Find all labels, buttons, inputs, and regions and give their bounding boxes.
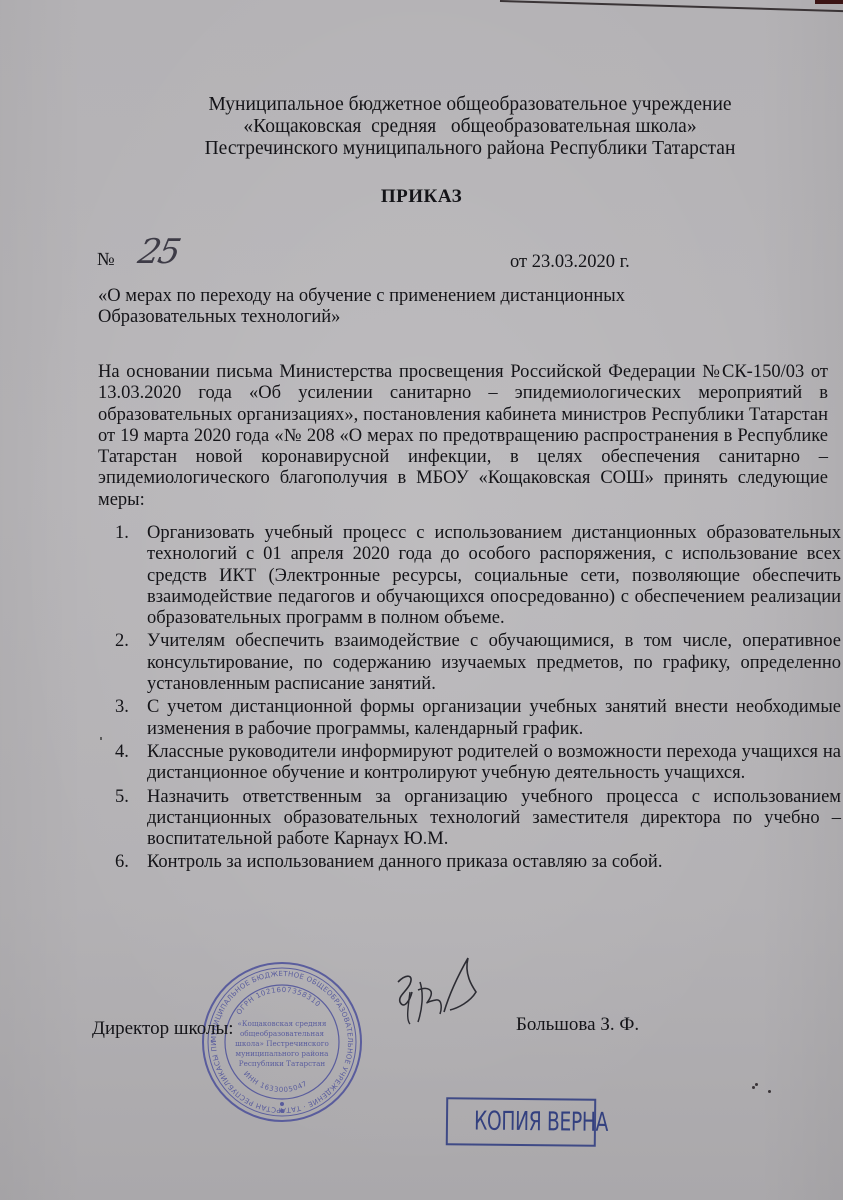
signatory-role: Директор школы: xyxy=(92,1018,234,1040)
order-subject: «О мерах по переходу на обучение с приме… xyxy=(98,286,738,328)
header-line-3: Пестречинского муниципального района Рес… xyxy=(150,138,790,160)
subject-line-1: «О мерах по переходу на обучение с приме… xyxy=(98,286,738,307)
measure-item: 1.Организовать учебный процесс с использ… xyxy=(115,523,841,629)
header-line-2: «Кощаковская средняя общеобразовательная… xyxy=(150,116,790,138)
number-sign: № xyxy=(97,250,115,271)
item-text: Назначить ответственным за организацию у… xyxy=(147,787,841,850)
svg-text:муниципального района: муниципального района xyxy=(236,1049,330,1058)
preamble-paragraph: На основании письма Министерства просвещ… xyxy=(98,362,828,511)
measure-item: 4.Классные руководители информируют роди… xyxy=(115,742,841,785)
handwritten-order-number: 25 xyxy=(135,232,183,272)
item-number: 5. xyxy=(115,787,129,808)
page-edge-shadow xyxy=(500,0,843,18)
order-number-row: № 25 от 23.03.2020 г. xyxy=(97,242,737,278)
item-text: Организовать учебный процесс с использов… xyxy=(147,523,841,628)
subject-line-2: Образовательных технологий» xyxy=(98,307,738,328)
paper-specks xyxy=(752,1082,782,1102)
measure-item: 3.С учетом дистанционной формы организац… xyxy=(115,697,841,740)
document-page: Муниципальное бюджетное общеобразователь… xyxy=(0,0,843,1200)
copy-stamp-text: КОПИЯ ВЕРНА xyxy=(474,1100,608,1145)
header-line-1: Муниципальное бюджетное общеобразователь… xyxy=(150,94,790,116)
measure-item: 6.Контроль за использованием данного при… xyxy=(115,852,841,873)
measure-item: 5.Назначить ответственным за организацию… xyxy=(115,787,841,851)
document-title: ПРИКАЗ xyxy=(0,186,843,208)
certified-copy-stamp: КОПИЯ ВЕРНА xyxy=(446,1097,596,1147)
item-number: 3. xyxy=(115,697,129,718)
margin-mark xyxy=(100,737,102,740)
item-text: Контроль за использованием данного прика… xyxy=(147,852,662,872)
measure-item: 2.Учителям обеспечить взаимодействие с о… xyxy=(115,631,841,695)
item-number: 6. xyxy=(115,852,129,873)
item-text: Классные руководители информируют родите… xyxy=(147,742,841,783)
svg-text:Республики Татарстан: Республики Татарстан xyxy=(239,1059,326,1068)
signatory-name: Большова З. Ф. xyxy=(516,1014,639,1036)
item-number: 2. xyxy=(115,631,129,652)
order-date: от 23.03.2020 г. xyxy=(510,252,630,273)
item-text: Учителям обеспечить взаимодействие с обу… xyxy=(147,631,841,694)
measures-list: 1.Организовать учебный процесс с использ… xyxy=(115,523,841,876)
institution-header: Муниципальное бюджетное общеобразователь… xyxy=(150,94,790,160)
item-number: 1. xyxy=(115,523,129,544)
item-number: 4. xyxy=(115,742,129,763)
signature-block: Директор школы: Большова З. Ф. xyxy=(92,1018,792,1048)
item-text: С учетом дистанционной формы организации… xyxy=(147,697,841,738)
svg-text:ОГРН 1021607358310: ОГРН 1021607358310 xyxy=(235,986,322,1016)
